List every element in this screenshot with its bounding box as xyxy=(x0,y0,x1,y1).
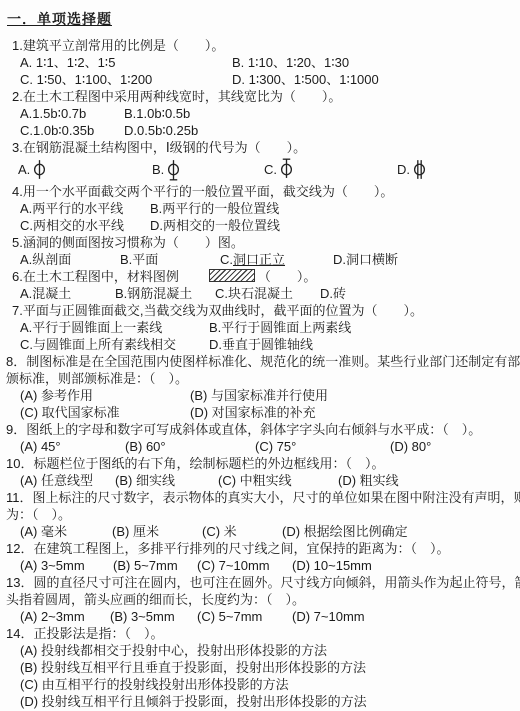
option-line: C.1.0b∶0.35bD.0.5b∶0.25b xyxy=(4,122,517,139)
text-segment: C. 1∶50、1∶100、1∶200 xyxy=(20,71,232,88)
text-segment: (D) 80° xyxy=(390,438,431,455)
text-segment: (A) 投射线都相交于投射中心，投射出形体投影的方法 xyxy=(20,642,327,659)
text-segment: 1.建筑平立剖常用的比例是（ ）。 xyxy=(12,37,224,54)
text-segment: (C) 取代国家标准 xyxy=(20,404,190,421)
option-line: (A) 3~5mm(B) 5~7mm(C) 7~10mm(D) 10~15mm xyxy=(4,557,517,574)
option-line: (A) 投射线都相交于投射中心，投射出形体投影的方法 xyxy=(4,642,517,659)
question-line: 5.涵洞的侧面图按习惯称为（ ）图。 xyxy=(4,234,517,251)
question-list: 1.建筑平立剖常用的比例是（ ）。A. 1∶1、1∶2、1∶5B. 1∶10、1… xyxy=(4,37,517,710)
text-segment: (C) 由互相平行的投射线投射出形体投影的方法 xyxy=(20,676,289,693)
text-segment: C.与圆锥面上所有素线相交 xyxy=(20,336,209,353)
section-title: 一．单项选择题 xyxy=(7,11,112,27)
text-segment: (B) 投射线互相平行且垂直于投影面，投射出形体投影的方法 xyxy=(20,659,366,676)
text-segment: (D) 7~10mm xyxy=(292,608,365,625)
option-line: (A) 45°(B) 60°(C) 75°(D) 80° xyxy=(4,438,517,455)
exam-page: 一．单项选择题 1.建筑平立剖常用的比例是（ ）。A. 1∶1、1∶2、1∶5B… xyxy=(4,9,517,710)
text-segment: (D) 粗实线 xyxy=(338,472,399,489)
text-segment: C.1.0b∶0.35b xyxy=(20,122,124,139)
text-segment: (C) 中粗实线 xyxy=(218,472,338,489)
text-segment: (D) 10~15mm xyxy=(292,557,372,574)
option-label: B. xyxy=(152,161,164,178)
text-segment: D.洞口横断 xyxy=(333,251,398,268)
text-segment: (A) 2~3mm xyxy=(20,608,110,625)
question-line: 为：（ ）。 xyxy=(4,506,517,523)
text-segment: 颁标准，则部颁标准是：（ ）。 xyxy=(6,370,188,387)
text-segment: 7.平面与正圆锥面截交,当截交线为双曲线时，截平面的位置为（ ）。 xyxy=(12,302,423,319)
text-segment: 3.在钢筋混凝土结构图中，Ⅰ级钢的代号为（ ）。 xyxy=(12,139,306,156)
text-segment: (C) 7~10mm xyxy=(197,557,292,574)
text-segment: (D) 根据绘图比例确定 xyxy=(282,523,408,540)
text-segment: C.两相交的水平线 xyxy=(20,217,150,234)
question-line: 12．在建筑工程图上，多排平行排列的尺寸线之间，宜保持的距离为：（ ）。 xyxy=(4,540,517,557)
text-segment: (C) 5~7mm xyxy=(197,608,292,625)
text-segment: (B) 3~5mm xyxy=(110,608,197,625)
text-segment: B. 1∶10、1∶20、1∶30 xyxy=(232,54,349,71)
option-line: (A) 2~3mm(B) 3~5mm(C) 5~7mm(D) 7~10mm xyxy=(4,608,517,625)
text-segment: B.两平行的一般位置线 xyxy=(150,200,279,217)
option-line: (A) 参考作用(B) 与国家标准并行使用 xyxy=(4,387,517,404)
question-line: 2.在土木工程图中采用两种线宽时，其线宽比为（ ）。 xyxy=(4,88,517,105)
question-line: 13．圆的直径尺寸可注在圆内，也可注在圆外。尺寸线方向倾斜，用箭头作为起止符号，… xyxy=(4,574,517,591)
text-segment: 洞口正立 xyxy=(233,251,333,268)
phi-icon xyxy=(32,157,47,182)
question-line: 11．图上标注的尺寸数字，表示物体的真实大小，尺寸的单位如果在图中附注没有声明，… xyxy=(4,489,517,506)
option-line: A. 1∶1、1∶2、1∶5B. 1∶10、1∶20、1∶30 xyxy=(4,54,517,71)
text-segment: A.混凝土 xyxy=(20,285,115,302)
rebar-option-phi-double: D. xyxy=(397,157,427,182)
text-segment: (D) 投射线互相平行且倾斜于投影面，投射出形体投影的方法 xyxy=(20,693,367,710)
option-label: D. xyxy=(397,161,410,178)
text-segment: C. xyxy=(220,251,233,268)
option-line: (C) 取代国家标准(D) 对国家标准的补充 xyxy=(4,404,517,421)
question-line: 1.建筑平立剖常用的比例是（ ）。 xyxy=(4,37,517,54)
question-line: 7.平面与正圆锥面截交,当截交线为双曲线时，截平面的位置为（ ）。 xyxy=(4,302,517,319)
text-segment: 8．制图标准是在全国范围内使图样标准化、规范化的统一准则。某些行业部门还制定有部 xyxy=(6,353,520,370)
text-segment: （ ）。 xyxy=(258,268,317,285)
text-segment: (C) 75° xyxy=(255,438,390,455)
question-line: 9．图纸上的字母和数字可写成斜体或直体，斜体字字头向右倾斜与水平成：（ ）。 xyxy=(4,421,517,438)
text-segment: A.1.5b∶0.7b xyxy=(20,105,124,122)
option-line: (A) 毫米(B) 厘米(C) 米(D) 根据绘图比例确定 xyxy=(4,523,517,540)
text-segment: 14．正投影法是指：（ ）。 xyxy=(6,625,163,642)
option-line: C.两相交的水平线D.两相交的一般位置线 xyxy=(4,217,517,234)
text-segment: B.平行于圆锥面上两素线 xyxy=(209,319,351,336)
option-line: (B) 投射线互相平行且垂直于投影面，投射出形体投影的方法 xyxy=(4,659,517,676)
question-line: 6.在土木工程图中，材料图例（ ）。 xyxy=(4,268,517,285)
text-segment: (B) 60° xyxy=(125,438,255,455)
option-line: (A) 任意线型(B) 细实线(C) 中粗实线(D) 粗实线 xyxy=(4,472,517,489)
question-line: 颁标准，则部颁标准是：（ ）。 xyxy=(4,370,517,387)
option-label: A. xyxy=(18,161,30,178)
text-segment: (B) 5~7mm xyxy=(113,557,197,574)
question-line: 3.在钢筋混凝土结构图中，Ⅰ级钢的代号为（ ）。 xyxy=(4,139,517,156)
text-segment: 2.在土木工程图中采用两种线宽时，其线宽比为（ ）。 xyxy=(12,88,341,105)
material-hatch-swatch xyxy=(209,269,255,282)
text-segment: A.纵剖面 xyxy=(20,251,120,268)
rebar-option-phi: A. xyxy=(18,157,152,182)
text-segment: (B) 厘米 xyxy=(112,523,202,540)
option-line: A.混凝土B.钢筋混凝土C.块石混凝土D.砖 xyxy=(4,285,517,302)
text-segment: 9．图纸上的字母和数字可写成斜体或直体，斜体字字头向右倾斜与水平成：（ ）。 xyxy=(6,421,481,438)
phi-top-bar-icon xyxy=(279,157,294,182)
text-segment: (A) 任意线型 xyxy=(20,472,115,489)
question-line: 14．正投影法是指：（ ）。 xyxy=(4,625,517,642)
text-segment: B.1.0b∶0.5b xyxy=(124,105,190,122)
option-line: A.平行于圆锥面上一素线B.平行于圆锥面上两素线 xyxy=(4,319,517,336)
option-line: C. 1∶50、1∶100、1∶200D. 1∶300、1∶500、1∶1000 xyxy=(4,71,517,88)
text-segment: 10．标题栏位于图纸的右下角，绘制标题栏的外边框线用：（ ）。 xyxy=(6,455,384,472)
text-segment: 5.涵洞的侧面图按习惯称为（ ）图。 xyxy=(12,234,244,251)
text-segment: 12．在建筑工程图上，多排平行排列的尺寸线之间，宜保持的距离为：（ ）。 xyxy=(6,540,449,557)
option-line: (C) 由互相平行的投射线投射出形体投影的方法 xyxy=(4,676,517,693)
question-line: 4.用一个水平面截交两个平行的一般位置平面，截交线为（ ）。 xyxy=(4,183,517,200)
option-line: A.1.5b∶0.7bB.1.0b∶0.5b xyxy=(4,105,517,122)
text-segment: D.0.5b∶0.25b xyxy=(124,122,198,139)
text-segment: (A) 参考作用 xyxy=(20,387,190,404)
text-segment: 13．圆的直径尺寸可注在圆内，也可注在圆外。尺寸线方向倾斜，用箭头作为起止符号，… xyxy=(6,574,520,591)
text-segment: D.两相交的一般位置线 xyxy=(150,217,280,234)
text-segment: 为：（ ）。 xyxy=(6,506,71,523)
text-segment: (A) 毫米 xyxy=(20,523,112,540)
question-line: 10．标题栏位于图纸的右下角，绘制标题栏的外边框线用：（ ）。 xyxy=(4,455,517,472)
text-segment: 头指着圆周，箭头应画的细而长，长度约为：（ ）。 xyxy=(6,591,305,608)
text-segment: (B) 与国家标准并行使用 xyxy=(190,387,328,404)
option-line: C.与圆锥面上所有素线相交D.垂直于圆锥轴线 xyxy=(4,336,517,353)
text-segment: C.块石混凝土 xyxy=(215,285,320,302)
rebar-option-phi-bottom-bar: B. xyxy=(152,157,264,182)
option-line: A.纵剖面B.平面C.洞口正立D.洞口横断 xyxy=(4,251,517,268)
question-line: 头指着圆周，箭头应画的细而长，长度约为：（ ）。 xyxy=(4,591,517,608)
phi-double-icon xyxy=(412,157,427,182)
text-segment: 6.在土木工程图中，材料图例 xyxy=(12,268,179,285)
text-segment: D. 1∶300、1∶500、1∶1000 xyxy=(232,71,379,88)
text-segment: (B) 细实线 xyxy=(115,472,218,489)
text-segment: (C) 米 xyxy=(202,523,282,540)
text-segment: (A) 3~5mm xyxy=(20,557,113,574)
symbol-option-line: A.B.C.D. xyxy=(4,156,517,183)
option-line: A.两平行的水平线B.两平行的一般位置线 xyxy=(4,200,517,217)
text-segment: B.钢筋混凝土 xyxy=(115,285,215,302)
option-line: (D) 投射线互相平行且倾斜于投影面，投射出形体投影的方法 xyxy=(4,693,517,710)
text-segment: A.平行于圆锥面上一素线 xyxy=(20,319,209,336)
text-segment: 4.用一个水平面截交两个平行的一般位置平面，截交线为（ ）。 xyxy=(12,183,393,200)
text-segment: A.两平行的水平线 xyxy=(20,200,150,217)
rebar-option-phi-top-bar: C. xyxy=(264,157,397,182)
text-segment: B.平面 xyxy=(120,251,220,268)
text-segment: D.垂直于圆锥轴线 xyxy=(209,336,313,353)
text-segment: (A) 45° xyxy=(20,438,125,455)
text-segment: (D) 对国家标准的补充 xyxy=(190,404,316,421)
question-line: 8．制图标准是在全国范围内使图样标准化、规范化的统一准则。某些行业部门还制定有部 xyxy=(4,353,517,370)
text-segment: D.砖 xyxy=(320,285,346,302)
text-segment: 11．图上标注的尺寸数字，表示物体的真实大小，尺寸的单位如果在图中附注没有声明，… xyxy=(6,489,520,506)
text-segment: A. 1∶1、1∶2、1∶5 xyxy=(20,54,232,71)
phi-bottom-bar-icon xyxy=(166,157,181,182)
section-title-line: 一．单项选择题 xyxy=(4,9,517,30)
option-label: C. xyxy=(264,161,277,178)
